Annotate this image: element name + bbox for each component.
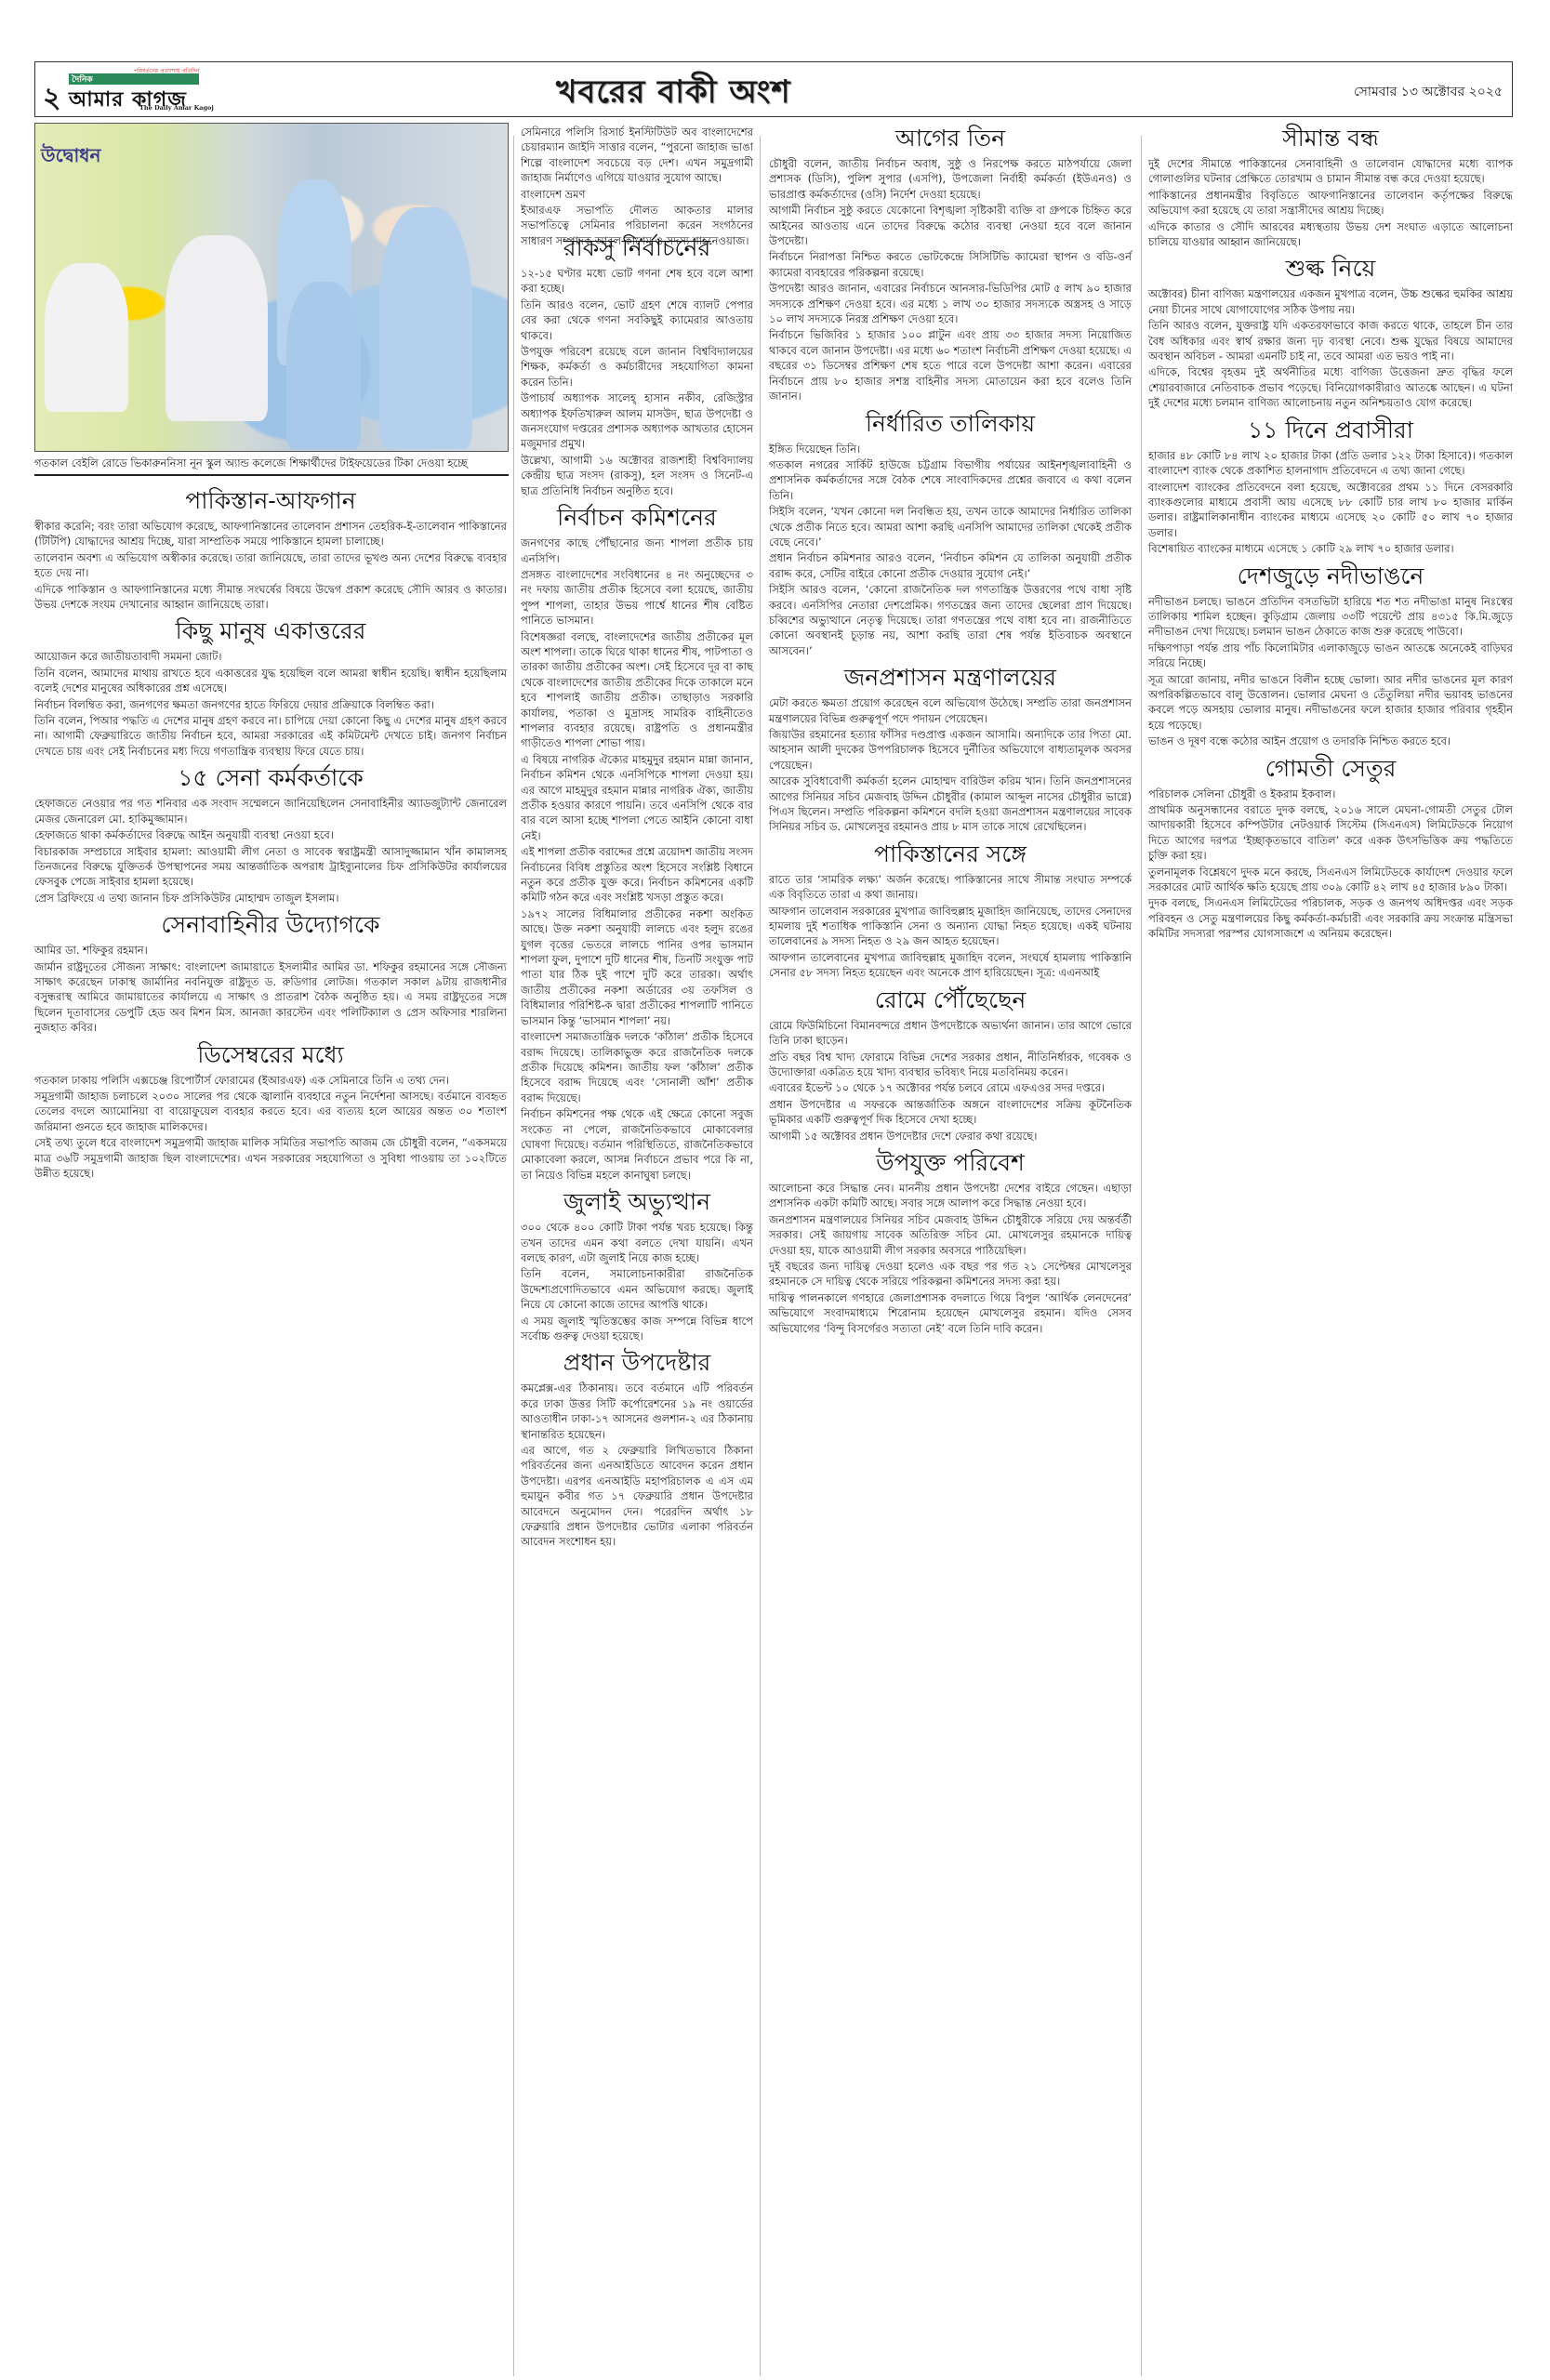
article: নির্বাচন কমিশনেরজনগণের কাছে পৌঁছানোর জন্… [521,502,753,1183]
article-paragraph: এ সময় জুলাই স্মৃতিস্তম্ভের কাজ সম্পন্নে… [521,1314,753,1344]
caption-divider [34,474,509,476]
article: দেশজুড়ে নদীভাঙনেনদীভাঙন চলছে। ভাঙনে প্র… [1148,561,1513,749]
article-headline[interactable]: সীমান্ত বন্ধ [1148,123,1513,154]
photo-banner-text: উদ্বোধন [41,142,100,173]
article-paragraph: আমির ডা. শফিকুর রহমান। [34,943,507,958]
article-paragraph: তিনি আরও বলেন, ভোট গ্রহণ শেষে ব্যালট পেপ… [521,297,753,343]
column-divider [760,136,761,2376]
article-paragraph: হেফাজতে নেওয়ার পর গত শনিবার এক সংবাদ সম… [34,796,507,826]
article-paragraph: সেই তথ্য তুলে ধরে বাংলাদেশ সমুদ্রগামী জা… [34,1135,507,1181]
article: পাকিস্তান-আফগানস্বীকার করেনি; বরং তারা অ… [34,485,507,612]
article-paragraph: এবারের ইভেন্ট ১০ থেকে ১৭ অক্টোবর পর্যন্ত… [769,1080,1132,1095]
column-2: রাকসু নির্বাচনের১২-১৫ ঘণ্টার মধ্যে ভোট গ… [521,229,753,1551]
article-paragraph: জিয়াউর রহমানের হত্যার ফাঁসির দণ্ডপ্রাপ্… [769,727,1132,773]
photo-figure [166,235,268,421]
article-paragraph: দুই দেশের সীমান্তে পাকিস্তানের সেনাবাহিন… [1148,156,1513,187]
article-paragraph: এদিকে কাতার ও সৌদি আরবের মধ্যস্থতায় উভয… [1148,219,1513,250]
article-headline[interactable]: সেনাবাহিনীর উদ্যোগকে [34,909,507,941]
article-paragraph: প্রেস ব্রিফিংয়ে এ তথ্য জানান চিফ প্রসিক… [34,891,507,906]
article-paragraph: সেমিনারে পলিসি রিসার্চ ইনস্টিটিউট অব বাং… [521,125,753,186]
column-divider [513,136,514,2376]
article: রাকসু নির্বাচনের১২-১৫ ঘণ্টার মধ্যে ভোট গ… [521,232,753,498]
article-paragraph: গতকাল ঢাকায় পলিসি এক্সচেঞ্জ রিপোর্টার্স… [34,1073,507,1088]
article-paragraph: বাংলাদেশ ব্যাংকের প্রতিবেদনে বলা হয়েছে,… [1148,480,1513,541]
article-paragraph: আগামী ১৫ অক্টোবর প্রধান উপদেষ্টার দেশে ফ… [769,1129,1132,1144]
article-headline[interactable]: দেশজুড়ে নদীভাঙনে [1148,561,1513,592]
article-paragraph: তুলনামূলক বিশ্লেষণে দুদক মনে করছে, সিএনএ… [1148,865,1513,895]
article-paragraph: প্রধান উপদেষ্টার এ সফরকে আন্তর্জাতিক অঙ্… [769,1097,1132,1128]
newspaper-logo[interactable]: পরিবর্তনের প্রত্যাশায় প্রতিদিন দৈনিক আম… [69,66,208,112]
article-headline[interactable]: ১৫ সেনা কর্মকর্তাকে [34,762,507,794]
article-paragraph: আলোচনা করে সিদ্ধান্ত নেব। মাননীয় প্রধান… [769,1181,1132,1211]
article-paragraph: হেফাজতে থাকা কর্মকর্তাদের বিরুদ্ধে আইন অ… [34,827,507,842]
article-paragraph: দুদক বলছে, সিএনএস লিমিটেডের পরিচালক, সড়… [1148,895,1513,941]
logo-english: The Daily Amar Kagoj [139,104,214,112]
article-paragraph: নির্বাচন কমিশনের পক্ষ থেকে এই ক্ষেত্রে ক… [521,1106,753,1183]
column-4: সীমান্ত বন্ধদুই দেশের সীমান্তে পাকিস্তান… [1148,119,1513,943]
article-headline[interactable]: নির্বাচন কমিশনের [521,502,753,534]
news-photo[interactable]: উদ্বোধন [34,123,509,452]
article-paragraph: পাকিস্তানের প্রধানমন্ত্রীর বিবৃতিতে আফগা… [1148,188,1513,218]
article-headline[interactable]: প্রধান উপদেষ্টার [521,1347,753,1379]
article: সেনাবাহিনীর উদ্যোগকেআমির ডা. শফিকুর রহমা… [34,909,507,1035]
article-paragraph: দায়িত্ব পালনকালে গণহারে জেলাপ্রশাসক বদল… [769,1290,1132,1336]
article-paragraph: বিশেষায়িত ব্যাংকের মাধ্যমে এসেছে ১ কোটি… [1148,541,1513,556]
column-1: পাকিস্তান-আফগানস্বীকার করেনি; বরং তারা অ… [34,482,507,1182]
article-paragraph: অক্টোবর) চীনা বাণিজ্য মন্ত্রণালয়ের একজন… [1148,286,1513,317]
article-paragraph: উপাচার্য অধ্যাপক সালেহ্ হাসান নকীব, রেজি… [521,390,753,452]
article-headline[interactable]: পাকিস্তান-আফগান [34,485,507,517]
article-paragraph: নদীভাঙন চলছে। ভাঙনে প্রতিদিন বসতভিটা হার… [1148,594,1513,640]
masthead: ২ পরিবর্তনের প্রত্যাশায় প্রতিদিন দৈনিক … [34,61,1513,117]
article-paragraph: আফগান তালেবানের মুখপাত্র জাবিহুল্লাহ মুজ… [769,950,1132,981]
article-paragraph: তিনি বলেন, পিআর পদ্ধতি এ দেশের মানুষ গ্র… [34,713,507,759]
article: ১১ দিনে প্রবাসীরাহাজার ৪৮ কোটি ৮৪ লাখ ২০… [1148,415,1513,557]
article-paragraph: রোমে ফিউমিচিনো বিমানবন্দরে প্রধান উপদেষ্… [769,1018,1132,1049]
article-paragraph: আরেক সুবিধাবোগী কর্মকর্তা হলেন মোহাম্মদ … [769,773,1132,835]
article: শুল্ক নিয়েঅক্টোবর) চীনা বাণিজ্য মন্ত্রণ… [1148,253,1513,410]
article-paragraph: প্রাথমিক অনুসন্ধানের বরাতে দুদক বলছে, ২০… [1148,802,1513,864]
article-paragraph: হাজার ৪৮ কোটি ৮৪ লাখ ২০ হাজার টাকা (প্রত… [1148,448,1513,479]
article-paragraph: সূত্র আরো জানায়, নদীর ভাঙনে বিলীন হচ্ছে… [1148,672,1513,734]
article: গোমতী সেতুরপরিচালক সেলিনা চৌধুরী ও ইকরাম… [1148,753,1513,942]
article-paragraph: জার্মান রাষ্ট্রদূতের সৌজন্য সাক্ষাৎ: বাং… [34,959,507,1036]
article-paragraph: ভাঙন ও দূষণ বন্ধে কঠোর আইন প্রয়োগ ও তদা… [1148,734,1513,748]
article-paragraph: তিনি বলেন, সমালোচনাকারীরা রাজনৈতিক উদ্দে… [521,1266,753,1312]
article-paragraph: নির্বাচনে নিরাপত্তা নিশ্চিত করতে ভোটকেন্… [769,249,1132,280]
article-paragraph: প্রধান নির্বাচন কমিশনার আরও বলেন, ‘নির্ব… [769,550,1132,581]
article-headline[interactable]: ডিসেম্বরের মধ্যে [34,1039,507,1071]
article-headline[interactable]: পাকিস্তানের সঙ্গে [769,839,1132,870]
article-paragraph: উল্লেখ্য, আগামী ১৬ অক্টোবর রাজশাহী বিশ্ব… [521,453,753,498]
article-headline[interactable]: জুলাই অভ্যুত্থান [521,1186,753,1218]
photo-caption: গতকাল বেইলি রোডে ভিকারুননিসা নূন স্কুল অ… [34,456,509,473]
article-paragraph: তালেবান অবশ্য এ অভিযোগ অস্বীকার করেছে। ত… [34,550,507,581]
article-paragraph: বিচারকাজ সম্প্রচারে সাইবার হামলা: আওয়াম… [34,844,507,890]
photo-figure [379,207,472,449]
article-paragraph: এর আগে, গত ২ ফেব্রুয়ারি লিখিতভাবে ঠিকান… [521,1443,753,1550]
article: নির্ধারিত তালিকায়ইঙ্গিত দিয়েছেন তিনি।গ… [769,408,1132,659]
article: জনপ্রশাসন মন্ত্রণালয়েরমেটা করতে ক্ষমতা … [769,662,1132,835]
article-paragraph: তিনি বলেন, আমাদের মাথায় রাখতে হবে একাত্… [34,666,507,696]
article: রোমে পৌঁছেছেনরোমে ফিউমিচিনো বিমানবন্দরে … [769,985,1132,1144]
article: উপযুক্ত পরিবেশআলোচনা করে সিদ্ধান্ত নেব। … [769,1147,1132,1336]
article-paragraph: নির্বাচনে ভিজিবির ১ হাজার ১০০ প্লাটুন এব… [769,327,1132,403]
article-paragraph: সিইসি আরও বলেন, ‘কোনো রাজনৈতিক দল গণতান্… [769,582,1132,658]
article-paragraph: ৩০০ থেকে ৪০০ কোটি টাকা পর্যন্ত খরচ হয়েছ… [521,1220,753,1265]
article: কিছু মানুষ একাত্তরেরআয়োজন করে জাতীয়তাব… [34,615,507,759]
article-headline[interactable]: রোমে পৌঁছেছেন [769,985,1132,1016]
article-paragraph: উপযুক্ত পরিবেশ রয়েছে বলে জানান বিশ্ববিদ… [521,344,753,390]
photo-figure [286,282,361,449]
article-headline[interactable]: কিছু মানুষ একাত্তরের [34,615,507,647]
article-paragraph: স্বীকার করেনি; বরং তারা অভিযোগ করেছে, আফ… [34,519,507,549]
logo-name: আমার কাগজ [69,84,187,118]
article-paragraph: প্রতি বছর বিশ্ব খাদ্য ফোরামে বিভিন্ন দেশ… [769,1050,1132,1080]
page-number: ২ [43,75,61,123]
article: পাকিস্তানের সঙ্গেরাতে তার ‘সামরিক লক্ষ্য… [769,839,1132,981]
article-headline[interactable]: নির্ধারিত তালিকায় [769,408,1132,440]
article-paragraph: কমপ্লেক্স-এর ঠিকানায়। তবে বর্তমানে এটি … [521,1381,753,1442]
article-paragraph: বাংলাদেশ সমাজতান্ত্রিক দলকে ‘কাঁঠাল’ প্র… [521,1029,753,1105]
article-paragraph: বাংলাদেশ ভ্রমণ [521,187,753,202]
article-paragraph: আগামী নির্বাচন সুষ্ঠু করতে যেকোনো বিশৃঙ্… [769,203,1132,248]
article-paragraph: প্রসঙ্গত বাংলাদেশের সংবিধানের ৪ নং অনুচ্… [521,567,753,628]
article: সীমান্ত বন্ধদুই দেশের সীমান্তে পাকিস্তান… [1148,123,1513,249]
article-paragraph: এদিকে, বিশ্বের বৃহত্তম দুই অর্থনীতির মধ্… [1148,364,1513,410]
article-paragraph: রাতে তার ‘সামরিক লক্ষ্য’ অর্জন করেছে। পা… [769,872,1132,903]
section-title: খবরের বাকী অংশ [556,68,791,121]
newspaper-page: ২ পরিবর্তনের প্রত্যাশায় প্রতিদিন দৈনিক … [34,61,1513,117]
article-headline[interactable]: ১১ দিনে প্রবাসীরা [1148,415,1513,446]
photo-figure [45,263,128,412]
column-divider [1141,136,1142,2376]
article-paragraph: বিশেষজ্ঞরা বলছে, বাংলাদেশের জাতীয় প্রতী… [521,629,753,751]
article-headline[interactable]: জনপ্রশাসন মন্ত্রণালয়ের [769,662,1132,694]
article: জুলাই অভ্যুত্থান৩০০ থেকে ৪০০ কোটি টাকা প… [521,1186,753,1343]
article-paragraph: আয়োজন করে জাতীয়তাবাদী সমমনা জোট। [34,649,507,664]
article-paragraph: গতকাল নগরের সার্কিট হাউজে চট্টগ্রাম বিভা… [769,457,1132,503]
article-paragraph: নির্বাচন বিলম্বিত করা, জনগণের ক্ষমতা জনগ… [34,697,507,712]
article-paragraph: জনগণের কাছে পৌঁছানোর জন্য শাপলা প্রতীক চ… [521,535,753,566]
article-headline[interactable]: রাকসু নির্বাচনের [521,232,753,264]
article-paragraph: এই শাপলা প্রতীক বরাদ্দের প্রশ্নে ত্রয়োদ… [521,844,753,906]
article-paragraph: চৌধুরী বলেন, জাতীয় নির্বাচন অবাধ, সুষ্ঠ… [769,156,1132,202]
article-paragraph: সমুদ্রগামী জাহাজ চলাচলে ২০৩০ সালের পর থে… [34,1089,507,1134]
article-paragraph: ১৯৭২ সালের বিধিমালার প্রতীকের নকশা অংকিত… [521,906,753,1028]
article: ১৫ সেনা কর্মকর্তাকেহেফাজতে নেওয়ার পর গত… [34,762,507,906]
article-paragraph: দুই বছরের জন্য দায়িত্ব দেওয়া হলেও এক ব… [769,1259,1132,1289]
article-paragraph: আফগান তালেবান সরকারের মুখপাত্র জাবিহুল্ল… [769,904,1132,949]
article-paragraph: এদিকে পাকিস্তান ও আফগানিস্তানের মধ্যে সী… [34,582,507,613]
article-paragraph: মেটা করতে ক্ষমতা প্রয়োগ করেছেন বলে অভিয… [769,695,1132,726]
article-headline[interactable]: উপযুক্ত পরিবেশ [769,1147,1132,1179]
article-headline[interactable]: আগের তিন [769,123,1132,154]
article-paragraph: উপদেষ্টা আরও জানান, এবারের নির্বাচনে আনস… [769,281,1132,326]
article-paragraph: তিনি আরও বলেন, যুক্তরাষ্ট্র যদি একতরফাভা… [1148,318,1513,364]
article-headline[interactable]: শুল্ক নিয়ে [1148,253,1513,284]
article-paragraph: ইঙ্গিত দিয়েছেন তিনি। [769,442,1132,456]
article: ডিসেম্বরের মধ্যেগতকাল ঢাকায় পলিসি এক্সচ… [34,1039,507,1182]
article-paragraph: সিইসি বলেন, ‘যখন কোনো দল নিবন্ধিত হয়, ত… [769,504,1132,549]
column-3: আগের তিনচৌধুরী বলেন, জাতীয় নির্বাচন অবা… [769,119,1132,1337]
article-paragraph: ১২-১৫ ঘণ্টার মধ্যে ভোট গণনা শেষ হবে বলে … [521,266,753,297]
article-paragraph: জনপ্রশাসন মন্ত্রণালয়ের সিনিয়র সচিব মেজ… [769,1212,1132,1258]
article-headline[interactable]: গোমতী সেতুর [1148,753,1513,785]
article: প্রধান উপদেষ্টারকমপ্লেক্স-এর ঠিকানায়। ত… [521,1347,753,1549]
article-paragraph: দক্ষিণপাড়া পর্যন্ত প্রায় পাঁচ কিলোমিটা… [1148,641,1513,671]
article-paragraph: পরিচালক সেলিনা চৌধুরী ও ইকরাম ইকবাল। [1148,787,1513,801]
article-paragraph: এ বিষয়ে নাগরিক ঐক্যের মাহমুদুর রহমান মা… [521,752,753,843]
article: আগের তিনচৌধুরী বলেন, জাতীয় নির্বাচন অবা… [769,123,1132,404]
issue-date: সোমবার ১৩ অক্টোবর ২০২৫ [1354,81,1503,103]
